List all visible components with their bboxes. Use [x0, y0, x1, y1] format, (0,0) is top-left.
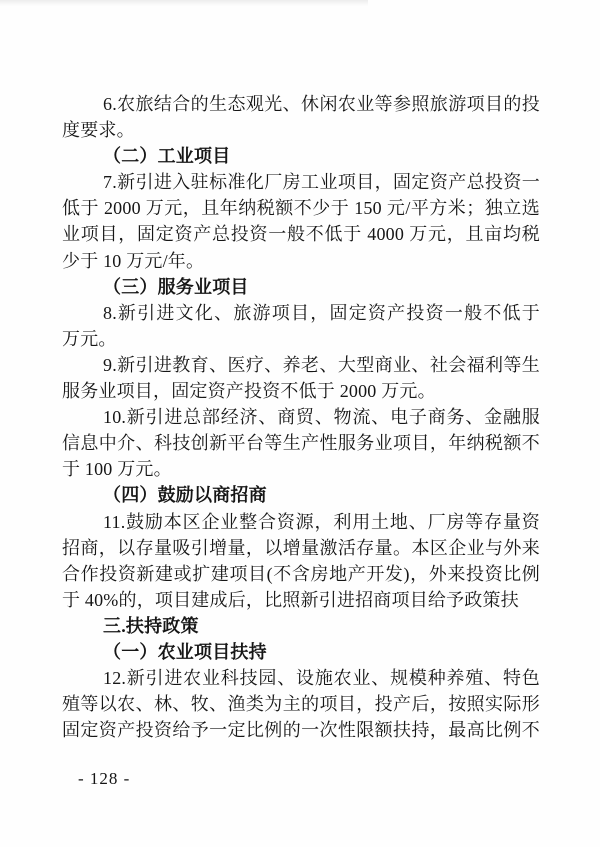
text-line: 少于 10 万元/年。: [62, 248, 540, 274]
text-line: （二）工业项目: [62, 143, 540, 169]
text-line: 9.新引进教育、医疗、养老、大型商业、社会福利等生活性: [62, 352, 540, 378]
text-line: 于 100 万元。: [62, 456, 540, 482]
text-line: 7.新引进入驻标准化厂房工业项目，固定资产总投资一般不: [62, 169, 540, 195]
section-heading: （二）工业项目: [62, 143, 540, 169]
text-line: 三.扶持政策: [62, 613, 540, 639]
body-paragraph: 8.新引进文化、旅游项目，固定资产投资一般不低于 1000万元。: [62, 300, 540, 352]
body-paragraph: 11.鼓励本区企业整合资源，利用土地、厂房等存量资产对外招商，以存量吸引增量，以…: [62, 509, 540, 613]
text-line: （四）鼓励以商招商: [62, 482, 540, 508]
section-heading: 三.扶持政策: [62, 613, 540, 639]
text-line: 12.新引进农业科技园、设施农业、规模种养殖、特色种养: [62, 665, 540, 691]
body-paragraph: 6.农旅结合的生态观光、休闲农业等参照旅游项目的投资强度要求。: [62, 91, 540, 143]
text-line: 固定资产投资给予一定比例的一次性限额扶持，最高比例不超: [62, 717, 540, 743]
text-line: 招商，以存量吸引增量，以增量激活存量。本区企业与外来企业: [62, 535, 540, 561]
page-number: - 128 -: [78, 769, 130, 789]
text-line: 10.新引进总部经济、商贸、物流、电子商务、金融服务、: [62, 404, 540, 430]
text-line: 11.鼓励本区企业整合资源，利用土地、厂房等存量资产对外: [62, 509, 540, 535]
body-paragraph: 9.新引进教育、医疗、养老、大型商业、社会福利等生活性服务业项目，固定资产投资不…: [62, 352, 540, 404]
text-line: 8.新引进文化、旅游项目，固定资产投资一般不低于 1000: [62, 300, 540, 326]
text-line: （一）农业项目扶持: [62, 639, 540, 665]
text-line: （三）服务业项目: [62, 274, 540, 300]
text-line: 合作投资新建或扩建项目(不含房地产开发)，外来投资比例不低: [62, 561, 540, 587]
text-line: 度要求。: [62, 117, 540, 143]
text-line: 服务业项目，固定资产投资不低于 2000 万元。: [62, 378, 540, 404]
document-body: 6.农旅结合的生态观光、休闲农业等参照旅游项目的投资强度要求。（二）工业项目7.…: [62, 91, 540, 743]
text-line: 于 40%的，项目建成后，比照新引进招商项目给予政策扶持。: [62, 587, 540, 613]
section-heading: （一）农业项目扶持: [62, 639, 540, 665]
body-paragraph: 7.新引进入驻标准化厂房工业项目，固定资产总投资一般不低于 2000 万元，且年…: [62, 169, 540, 273]
document-page: 6.农旅结合的生态观光、休闲农业等参照旅游项目的投资强度要求。（二）工业项目7.…: [0, 0, 600, 847]
section-heading: （四）鼓励以商招商: [62, 482, 540, 508]
body-paragraph: 12.新引进农业科技园、设施农业、规模种养殖、特色种养殖等以农、林、牧、渔类为主…: [62, 665, 540, 743]
body-paragraph: 10.新引进总部经济、商贸、物流、电子商务、金融服务、信息中介、科技创新平台等生…: [62, 404, 540, 482]
section-heading: （三）服务业项目: [62, 274, 540, 300]
text-line: 万元。: [62, 326, 540, 352]
text-line: 殖等以农、林、牧、渔类为主的项目，投产后，按照实际形成: [62, 691, 540, 717]
text-line: 低于 2000 万元，且年纳税额不少于 150 元/平方米；独立选址工: [62, 195, 540, 221]
scan-artifact: [0, 0, 368, 6]
text-line: 6.农旅结合的生态观光、休闲农业等参照旅游项目的投资强: [62, 91, 540, 117]
text-line: 业项目，固定资产总投资一般不低于 4000 万元，且亩均税收不: [62, 221, 540, 247]
text-line: 信息中介、科技创新平台等生产性服务业项目，年纳税额不低: [62, 430, 540, 456]
